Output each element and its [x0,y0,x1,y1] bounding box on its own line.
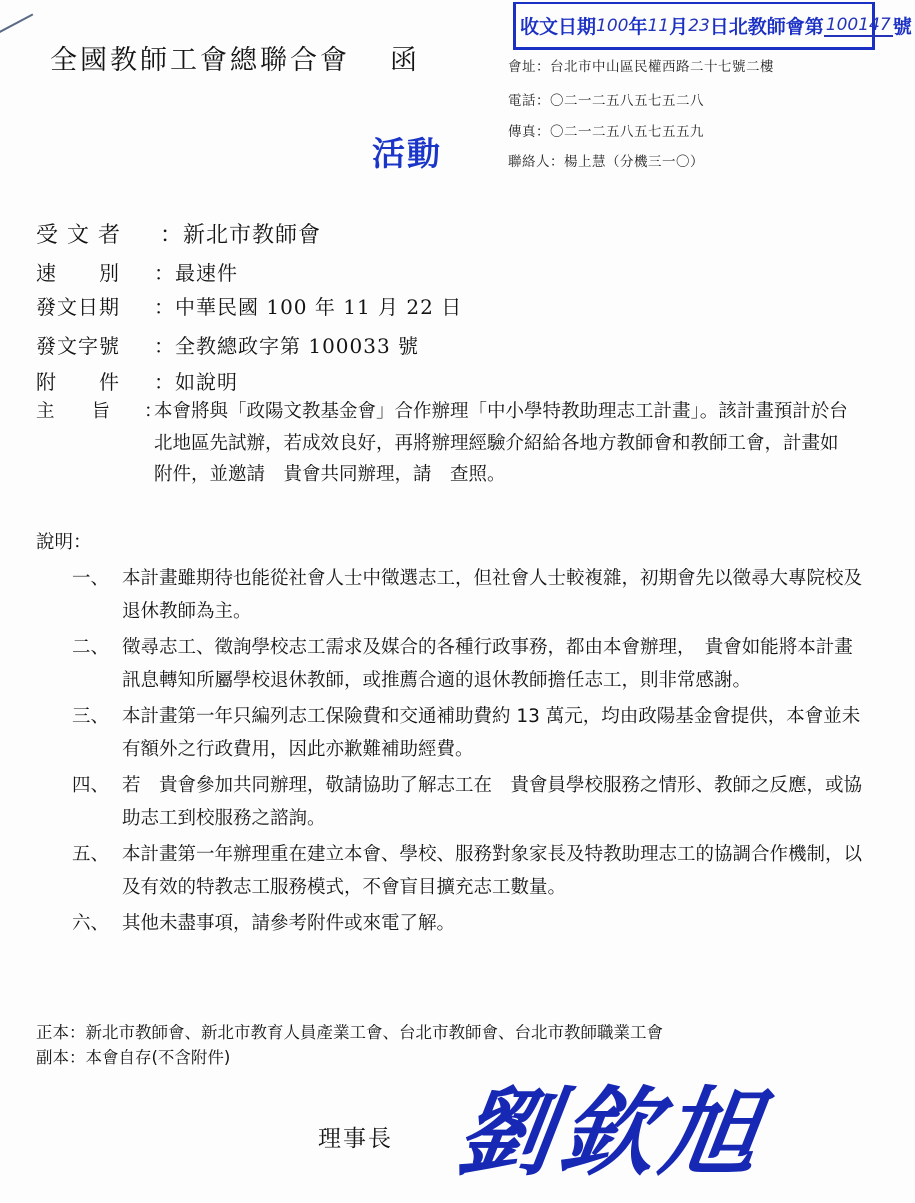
stamp-day-suffix: 日北教師會第 [710,12,824,39]
note-item: 二、 徵尋志工、徵詢學校志工需求及媒合的各種行政事務，都由本會辦理， 貴會如能將… [72,631,862,697]
meta-value: ：如說明 [154,370,238,394]
scan-corner-mark [0,13,33,35]
note-text: 徵尋志工、徵詢學校志工需求及媒合的各種行政事務，都由本會辦理， 貴會如能將本計畫… [122,631,862,697]
meta-value: ：中華民國 100 年 11 月 22 日 [154,295,462,319]
contact-fax: 傳真：〇二一二五八五七五五九 [508,120,704,140]
note-item: 四、 若 貴會參加共同辦理，敬請協助了解志工在 貴會員學校服務之情形、教師之反應… [72,769,862,835]
note-number: 一、 [72,562,109,595]
meta-label: 發文字號 [36,330,154,359]
note-item: 六、 其他未盡事項，請參考附件或來電了解。 [72,907,862,940]
meta-doc-number: 發文字號：全教總政字第 100033 號 [36,330,419,359]
meta-issue-date: 發文日期：中華民國 100 年 11 月 22 日 [36,291,462,320]
organization-name: 全國教師工會總聯合會 [50,45,350,76]
meta-recipient: 受文者：新北市教師會 [36,218,321,249]
meta-attachment: 附 件：如說明 [36,366,238,395]
received-date-stamp: 收文日期 100 年 11 月 23 日北教師會第 100147 號 [513,2,875,50]
subject-label: 主 旨： [36,396,154,428]
stamp-year: 100 [596,16,628,36]
note-number: 六、 [72,907,109,940]
signature-seal: 劉欽旭 [451,1085,770,1181]
document-type: 函 [390,45,420,76]
meta-value: ：新北市教師會 [160,223,321,248]
notes-list: 一、 本計畫雖期待也能從社會人士中徵選志工，但社會人士較複雜，初期會先以徵尋大專… [72,562,862,943]
contact-person: 聯絡人：楊上慧（分機三一〇） [508,150,704,170]
meta-priority: 速 別：最速件 [36,257,238,286]
note-text: 本計畫雖期待也能從社會人士中徵選志工，但社會人士較複雜，初期會先以徵尋大專院校及… [122,562,862,628]
note-text: 若 貴會參加共同辦理，敬請協助了解志工在 貴會員學校服務之情形、教師之反應，或協… [122,769,862,835]
note-number: 四、 [72,769,109,802]
meta-value: ：全教總政字第 100033 號 [154,334,419,358]
note-number: 二、 [72,631,109,664]
activity-stamp: 活動 [372,128,442,175]
note-text: 其他未盡事項，請參考附件或來電了解。 [122,907,862,940]
meta-label: 發文日期 [36,291,154,320]
meta-label: 附 件 [36,366,154,395]
note-text: 本計畫第一年辦理重在建立本會、學校、服務對象家長及特教助理志工的協調合作機制，以… [122,838,862,904]
stamp-month: 11 [647,16,669,36]
note-number: 三、 [72,700,109,733]
distribution-list: 正本：新北市教師會、新北市教育人員產業工會、台北市教師會、台北市教師職業工會 副… [36,1020,663,1070]
contact-address: 會址：台北市中山區民權西路二十七號二樓 [508,55,774,75]
stamp-prefix: 收文日期 [520,12,596,39]
note-item: 三、 本計畫第一年只編列志工保險費和交通補助費約 13 萬元，均由政陽基金會提供… [72,700,862,766]
note-item: 五、 本計畫第一年辦理重在建立本會、學校、服務對象家長及特教助理志工的協調合作機… [72,838,862,904]
note-number: 五、 [72,838,109,871]
stamp-month-suffix: 月 [669,12,688,39]
meta-label: 速 別 [36,257,154,286]
letterhead-title: 全國教師工會總聯合會函 [50,38,420,77]
meta-value: ：最速件 [154,261,238,285]
stamp-year-suffix: 年 [628,12,647,39]
stamp-day: 23 [688,16,710,36]
stamp-suffix: 號 [893,12,912,39]
signer-title: 理事長 [318,1120,393,1153]
notes-label: 說明： [36,528,92,554]
subject-section: 主 旨： 本會將與「政陽文教基金會」合作辦理「中小學特教助理志工計畫」。該計畫預… [36,396,856,491]
contact-phone: 電話：〇二一二五八五七五二八 [508,89,704,109]
subject-text: 本會將與「政陽文教基金會」合作辦理「中小學特教助理志工計畫」。該計畫預計於台北地… [154,396,854,491]
copy-recipients: 副本：本會自存(不含附件) [36,1045,663,1070]
note-text: 本計畫第一年只編列志工保險費和交通補助費約 13 萬元，均由政陽基金會提供，本會… [122,700,862,766]
subject-label-text: 主 旨 [36,401,110,422]
meta-label: 受文者 [36,218,160,249]
original-recipients: 正本：新北市教師會、新北市教育人員產業工會、台北市教師會、台北市教師職業工會 [36,1020,663,1045]
stamp-number: 100147 [824,15,893,37]
note-item: 一、 本計畫雖期待也能從社會人士中徵選志工，但社會人士較複雜，初期會先以徵尋大專… [72,562,862,628]
